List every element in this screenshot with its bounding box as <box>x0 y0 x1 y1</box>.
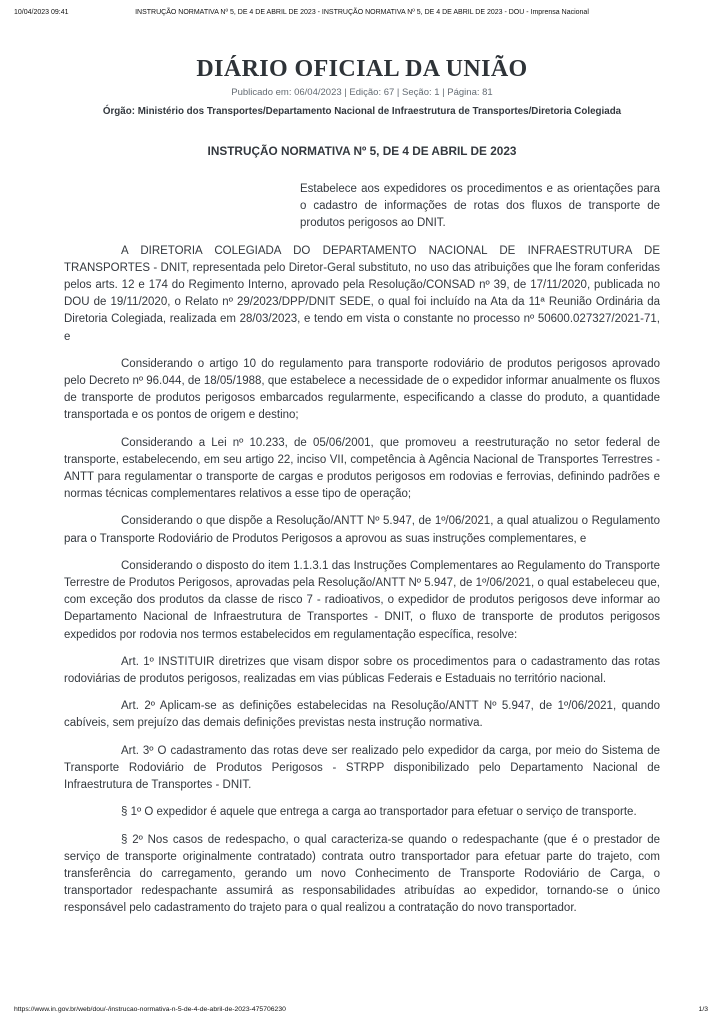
document-body: A DIRETORIA COLEGIADA DO DEPARTAMENTO NA… <box>64 243 660 918</box>
document-paragraph: A DIRETORIA COLEGIADA DO DEPARTAMENTO NA… <box>64 243 660 346</box>
document-summary: Estabelece aos expedidores os procedimen… <box>300 181 660 233</box>
document-paragraph: Considerando o artigo 10 do regulamento … <box>64 356 660 425</box>
gazette-page: 10/04/2023 09:41 INSTRUÇÃO NORMATIVA Nº … <box>0 0 724 1024</box>
document-paragraph: § 2º Nos casos de redespacho, o qual car… <box>64 832 660 918</box>
document-paragraph: § 1º O expedidor é aquele que entrega a … <box>64 804 660 821</box>
gazette-title: DIÁRIO OFICIAL DA UNIÃO <box>0 56 724 82</box>
document-paragraph: Considerando a Lei nº 10.233, de 05/06/2… <box>64 435 660 504</box>
document-paragraph: Art. 1º INSTITUIR diretrizes que visam d… <box>64 654 660 688</box>
print-footer: https://www.in.gov.br/web/dou/-/instruca… <box>14 1006 708 1013</box>
publication-info: Publicado em: 06/04/2023 | Edição: 67 | … <box>0 87 724 98</box>
document-paragraph: Art. 3º O cadastramento das rotas deve s… <box>64 743 660 795</box>
print-header-title: INSTRUÇÃO NORMATIVA Nº 5, DE 4 DE ABRIL … <box>135 9 589 16</box>
page-indicator: 1/3 <box>699 1006 708 1013</box>
print-datetime: 10/04/2023 09:41 <box>14 9 69 16</box>
document-paragraph: Considerando o disposto do item 1.1.3.1 … <box>64 558 660 644</box>
document-title: INSTRUÇÃO NORMATIVA Nº 5, DE 4 DE ABRIL … <box>0 144 724 158</box>
organ-info: Órgão: Ministério dos Transportes/Depart… <box>0 106 724 117</box>
document-paragraph: Art. 2º Aplicam-se as definições estabel… <box>64 698 660 732</box>
document-paragraph: Considerando o que dispõe a Resolução/AN… <box>64 513 660 547</box>
footer-url: https://www.in.gov.br/web/dou/-/instruca… <box>14 1006 286 1013</box>
masthead: DIÁRIO OFICIAL DA UNIÃO Publicado em: 06… <box>0 0 724 117</box>
